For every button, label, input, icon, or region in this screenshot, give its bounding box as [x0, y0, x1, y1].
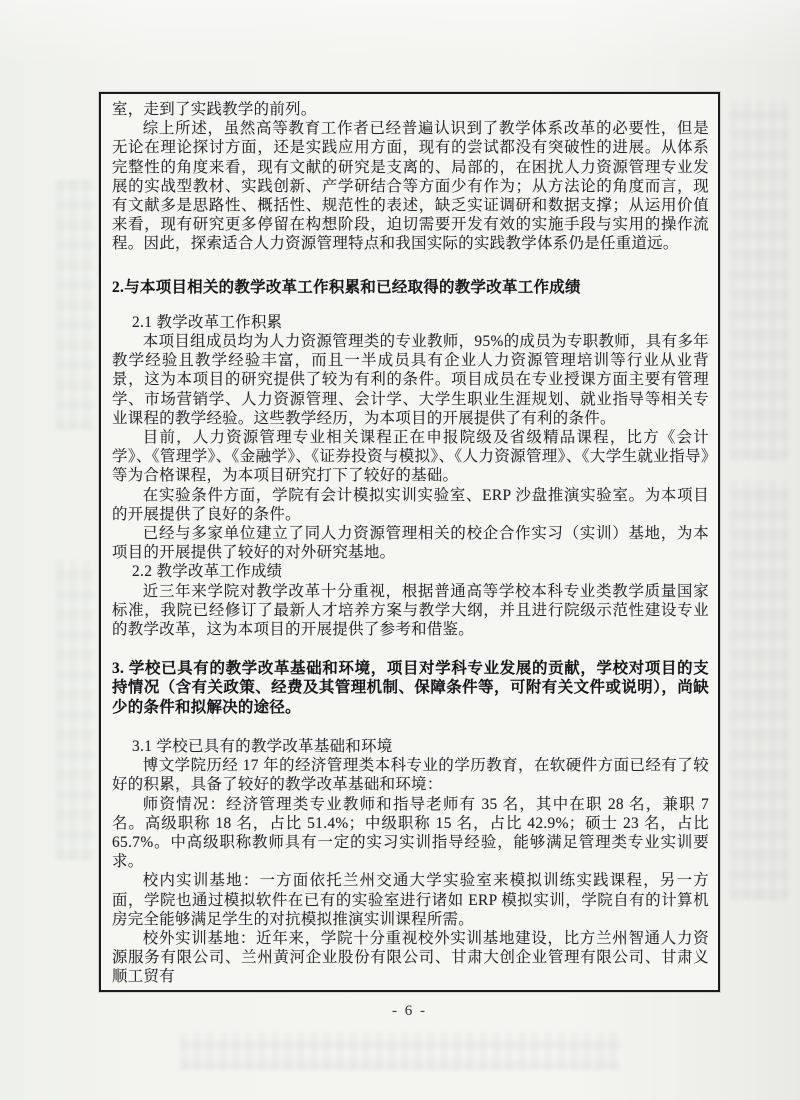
- paragraph-labs: 在实验条件方面，学院有会计模拟实训实验室、ERP 沙盘推演实验室。为本项目的开展…: [112, 486, 709, 524]
- section-2-2-heading: 2.2 教学改革工作成绩: [112, 562, 709, 581]
- bleed-through-artifact: [56, 180, 94, 430]
- paragraph-cooperation-bases: 已经与多家单位建立了同人力资源管理相关的校企合作实习（实训）基地，为本项目的开展…: [112, 524, 709, 562]
- paragraph-off-campus-training: 校外实训基地：近年来，学院十分重视校外实训基地建设，比方兰州智通人力资源服务有限…: [112, 929, 709, 987]
- section-3-1-heading: 3.1 学校已具有的教学改革基础和环境: [112, 737, 709, 756]
- paragraph-achievements: 近三年来学院对教学改革十分重视，根据普通高等学校本科专业类教学质量国家标准，我院…: [112, 582, 709, 640]
- paragraph-project-team: 本项目组成员均为人力资源管理类的专业教师，95%的成员为专职教师，具有多年教学经…: [112, 332, 709, 428]
- paragraph-summary: 综上所述，虽然高等教育工作者已经普遍认识到了教学体系改革的必要性，但是无论在理论…: [112, 119, 709, 253]
- bleed-through-artifact: [730, 100, 788, 460]
- paragraph-school-history: 博文学院历经 17 年的经济管理类本科专业的学历教育，在软硬件方面已经有了较好的…: [112, 756, 709, 794]
- paragraph-courses: 目前，人力资源管理专业相关课程正在申报院级及省级精品课程，比方《会计学》、《管理…: [112, 428, 709, 486]
- section-2-heading: 2.与本项目相关的教学改革工作积累和已经取得的教学改革工作成绩: [112, 278, 709, 297]
- form-cell: 室，走到了实践教学的前列。 综上所述，虽然高等教育工作者已经普遍认识到了教学体系…: [99, 92, 720, 992]
- paragraph-faculty: 师资情况：经济管理类专业教师和指导老师有 35 名，其中在职 28 名，兼职 7…: [112, 795, 709, 872]
- page-number: - 6 -: [99, 1003, 720, 1020]
- section-3-heading: 3. 学校已具有的教学改革基础和环境，项目对学科专业发展的贡献，学校对项目的支持…: [112, 659, 709, 717]
- paragraph-on-campus-training: 校内实训基地：一方面依托兰州交通大学实验室来模拟训练实践课程，另一方面，学院也通…: [112, 871, 709, 929]
- bleed-through-artifact: [180, 1032, 620, 1070]
- bleed-through-artifact: [730, 480, 788, 900]
- section-2-1-heading: 2.1 教学改革工作积累: [112, 313, 709, 332]
- scanned-page: 室，走到了实践教学的前列。 综上所述，虽然高等教育工作者已经普遍认识到了教学体系…: [0, 0, 800, 1100]
- paragraph-continuation: 室，走到了实践教学的前列。: [112, 100, 709, 119]
- bleed-through-artifact: [56, 560, 94, 860]
